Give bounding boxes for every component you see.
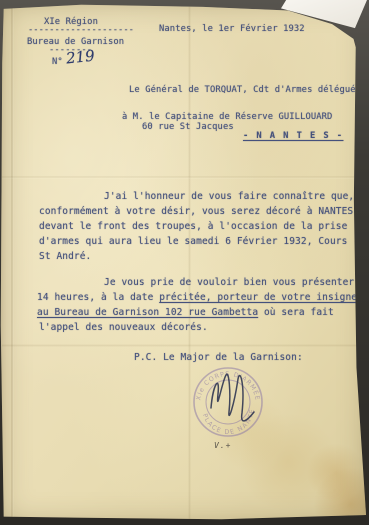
recipient-city: - N A N T E S - [243,131,343,142]
body-p2-line2: 14 heures, à la date précitée, porteur d… [37,292,363,303]
scanned-letter: XIe Région -------------------- Bureau d… [0,0,369,525]
fold-line-horizontal-lower [2,344,366,347]
sender-line: Le Général de TORQUAT, Cdt d'Armes délég… [129,85,356,96]
body-p2-line3: au Bureau de Garnison 102 rue Gambetta o… [37,307,334,318]
letter-number-label: N° [52,57,63,68]
body-p1-line5: St André. [39,251,91,262]
body-p2-line4: l'appel des nouveaux décorés. [39,322,208,333]
body-p1-line1: J'ai l'honneur de vous faire connaître q… [104,191,354,202]
body-p2-line2-underlined: précitée, porteur de votre insigne, [159,292,363,303]
letter-paper: XIe Région -------------------- Bureau d… [0,0,369,525]
handwritten-letter-number: 219 [65,47,95,68]
letterhead-region-rule: -------------------- [28,25,134,36]
handwritten-signature [202,366,262,428]
body-p2-line2-plain: 14 heures, à la date [37,292,159,303]
dateline: Nantes, le 1er Février 1932 [159,24,305,35]
body-p1-line4: d'armes qui aura lieu le samedi 6 Févrie… [39,236,347,247]
body-p2-line1: Je vous prie de vouloir bien vous présen… [104,277,366,288]
fold-line-vertical-left [11,6,14,518]
fold-line-horizontal-upper [2,176,366,179]
body-p2-line3-plain: où sera fait [258,307,334,318]
recipient-street: 60 rue St Jacques [142,122,234,133]
pencil-annotation: V.+ [214,441,231,450]
body-p1-line2: conformément à votre désir, vous serez d… [39,206,359,217]
body-p2-line3-underlined: au Bureau de Garnison 102 rue Gambetta [37,307,258,318]
body-p1-line3: devant le front des troupes, à l'occasio… [39,221,347,232]
